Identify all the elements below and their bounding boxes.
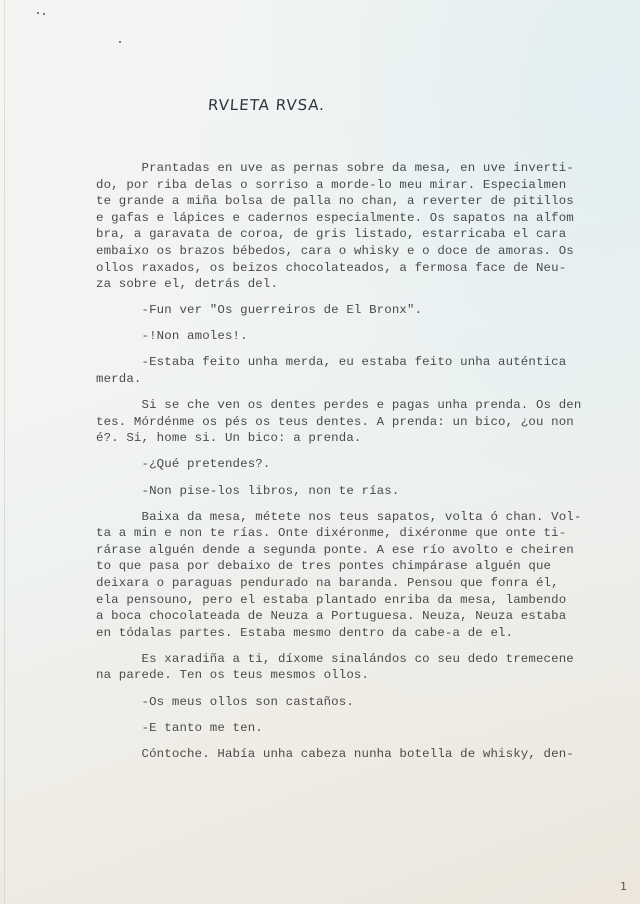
paragraph-gap — [96, 684, 616, 694]
text-line: Baixa da mesa, métete nos teus sapatos, … — [96, 509, 616, 526]
text-line: -Estaba feito unha merda, eu estaba feit… — [96, 354, 616, 371]
paragraph-gap — [96, 388, 616, 398]
text-line: -!Non amoles!. — [96, 328, 616, 345]
text-line: merda. — [96, 371, 616, 388]
paragraph-gap — [96, 710, 616, 720]
text-line: to que pasa por debaixo de tres pontes c… — [96, 558, 616, 575]
page-edge — [4, 0, 5, 904]
text-line: ela pensouno, pero el estaba plantado en… — [96, 592, 616, 609]
text-line: do, por riba delas o sorriso a morde-lo … — [96, 177, 616, 194]
text-line: deixara o paraguas pendurado na baranda.… — [96, 575, 616, 592]
text-line: a boca chocolateada de Neuza a Portugues… — [96, 608, 616, 625]
ink-speck — [43, 13, 45, 15]
text-line: en tódalas partes. Estaba mesmo dentro d… — [96, 625, 616, 642]
text-line: é?. Si, home si. Un bico: a prenda. — [96, 430, 616, 447]
text-line: -Non pise-los libros, non te rías. — [96, 483, 616, 500]
text-line: bra, a garavata de coroa, de gris listad… — [96, 226, 616, 243]
paragraph-gap — [96, 319, 616, 329]
text-line: Prantadas en uve as pernas sobre da mesa… — [96, 160, 616, 177]
ink-speck — [119, 41, 121, 43]
text-line: na parede. Ten os teus mesmos ollos. — [96, 667, 616, 684]
paragraph-gap — [96, 293, 616, 303]
text-line: embaixo os brazos bébedos, cara o whisky… — [96, 243, 616, 260]
text-line: Cóntoche. Había unha cabeza nunha botell… — [96, 746, 616, 763]
paragraph-gap — [96, 736, 616, 746]
paragraph-gap — [96, 641, 616, 651]
document-body: Prantadas en uve as pernas sobre da mesa… — [96, 160, 616, 762]
text-line: -Os meus ollos son castaños. — [96, 694, 616, 711]
paragraph-gap — [96, 447, 616, 457]
text-line: rárase alguén dende a segunda ponte. A e… — [96, 542, 616, 559]
text-line: te grande a miña bolsa de palla no chan,… — [96, 193, 616, 210]
text-line: -Fun ver "Os guerreiros de El Bronx". — [96, 302, 616, 319]
text-line: ta a min e non te rías. Onte dixéronme, … — [96, 525, 616, 542]
text-line: Es xaradiña a ti, díxome sinalándos co s… — [96, 651, 616, 668]
paragraph-gap — [96, 499, 616, 509]
text-line: Si se che ven os dentes perdes e pagas u… — [96, 397, 616, 414]
text-line: -E tanto me ten. — [96, 720, 616, 737]
paragraph-gap — [96, 345, 616, 355]
document-title: RVLETA RVSA. — [207, 96, 325, 114]
page-number: 1 — [620, 880, 627, 893]
text-line: za sobre el, detrás del. — [96, 276, 616, 293]
text-line: -¿Qué pretendes?. — [96, 456, 616, 473]
ink-speck — [37, 12, 39, 14]
text-line: e gafas e lápices e cadernos especialmen… — [96, 210, 616, 227]
text-line: ollos raxados, os beizos chocolateados, … — [96, 260, 616, 277]
text-line: tes. Mórdénme os pés os teus dentes. A p… — [96, 414, 616, 431]
paragraph-gap — [96, 473, 616, 483]
